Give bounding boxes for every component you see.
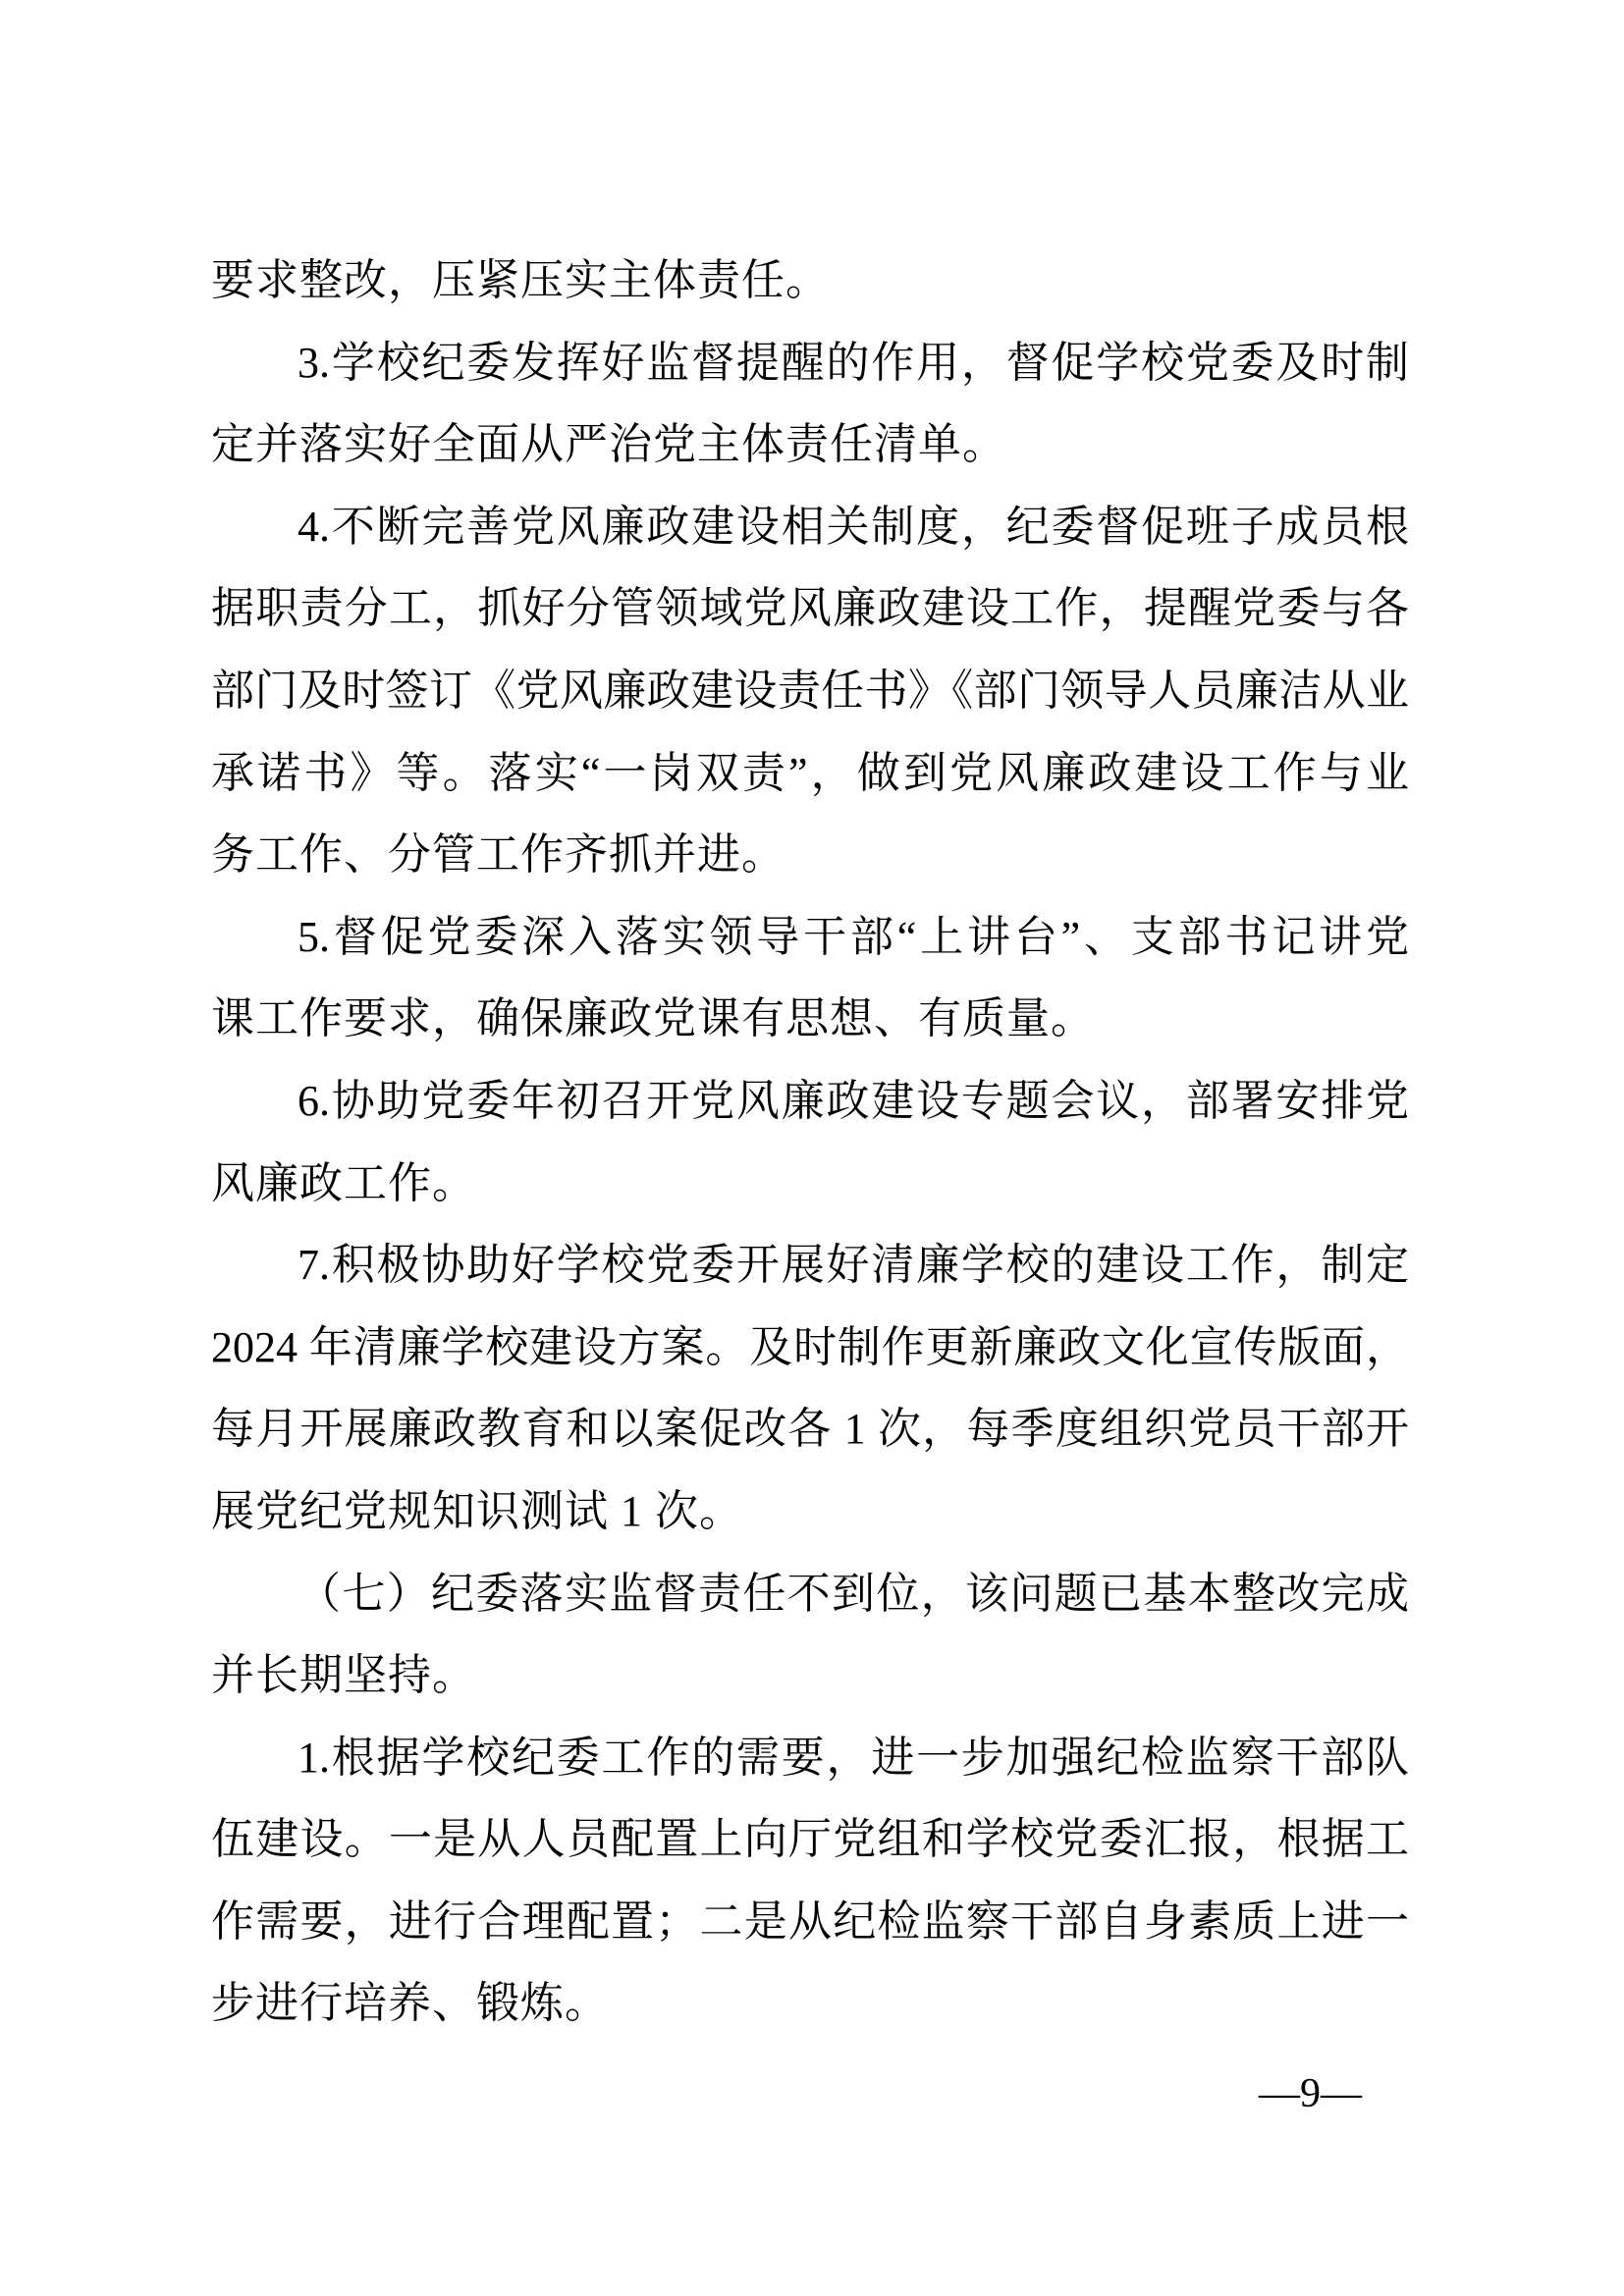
text-line: 课工作要求，确保廉政党课有思想、有质量。 [211,978,1409,1060]
text-line: 2024 年清廉学校建设方案。及时制作更新廉政文化宣传版面， [211,1307,1409,1389]
text-line: 据职责分工，抓好分管领域党风廉政建设工作，提醒党委与各 [211,567,1409,650]
text-line: 步进行培养、锻炼。 [211,1962,1409,2045]
document-body: 要求整改，压紧压实主体责任。3.学校纪委发挥好监督提醒的作用，督促学校党委及时制… [211,240,1409,2045]
text-line: 每月开展廉政教育和以案促改各 1 次，每季度组织党员干部开 [211,1388,1409,1470]
text-line: （七）纪委落实监督责任不到位，该问题已基本整改完成 [211,1553,1409,1635]
text-line: 部门及时签订《党风廉政建设责任书》《部门领导人员廉洁从业 [211,650,1409,732]
text-line: 展党纪党规知识测试 1 次。 [211,1470,1409,1553]
document-page: 要求整改，压紧压实主体责任。3.学校纪委发挥好监督提醒的作用，督促学校党委及时制… [0,0,1624,2296]
text-line: 6.协助党委年初召开党风廉政建设专题会议，部署安排党 [211,1060,1409,1143]
text-line: 承诺书》等。落实“一岗双责”，做到党风廉政建设工作与业 [211,732,1409,815]
text-line: 定并落实好全面从严治党主体责任清单。 [211,403,1409,486]
text-line: 并长期坚持。 [211,1634,1409,1717]
text-line: 作需要，进行合理配置；二是从纪检监察干部自身素质上进一 [211,1881,1409,1963]
text-line: 要求整改，压紧压实主体责任。 [211,240,1409,322]
text-line: 7.积极协助好学校党委开展好清廉学校的建设工作，制定 [211,1224,1409,1307]
text-line: 4.不断完善党风廉政建设相关制度，纪委督促班子成员根 [211,486,1409,568]
text-line: 伍建设。一是从人员配置上向厅党组和学校党委汇报，根据工 [211,1798,1409,1881]
page-number: —9— [1259,2069,1362,2118]
text-line: 5.督促党委深入落实领导干部“上讲台”、支部书记讲党 [211,896,1409,979]
text-line: 风廉政工作。 [211,1143,1409,1225]
text-line: 3.学校纪委发挥好监督提醒的作用，督促学校党委及时制 [211,322,1409,404]
text-line: 务工作、分管工作齐抓并进。 [211,814,1409,896]
text-line: 1.根据学校纪委工作的需要，进一步加强纪检监察干部队 [211,1717,1409,1799]
